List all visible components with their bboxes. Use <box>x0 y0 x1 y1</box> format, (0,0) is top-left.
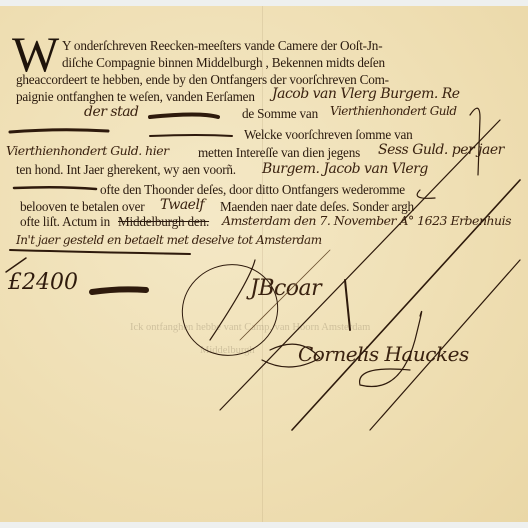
printed-line-10: belooven te betalen over <box>20 199 144 215</box>
printed-line-9: ofte den Thoonder deſes, door ditto Ontf… <box>100 182 405 198</box>
printed-line-12: ofte liſt. Actum in <box>20 214 110 230</box>
printed-line-7: metten Intereſſe van dien jegens <box>198 145 360 161</box>
printed-line-5: de Somme van <box>242 106 318 122</box>
printed-line-6: Welcke voorſchreven ſomme van <box>244 127 413 143</box>
printed-line-2: diſche Compagnie binnen Middelburgh , Be… <box>62 55 385 71</box>
hand-interest: Sess Guld. per jaer <box>378 142 504 158</box>
signature-2: Cornelis Hauckes <box>298 342 469 366</box>
hand-amount: £2400 <box>8 270 78 295</box>
hand-clause: In't jaer gesteld en betaelt met deselve… <box>16 233 322 247</box>
hand-place-date: Amsterdam den 7. November A° 1623 Erbenh… <box>222 213 511 228</box>
hand-payee: Burgem. Jacob van Vlerg <box>262 161 428 177</box>
printed-line-4: paignie ontfanghen te weſen, vanden Eerſ… <box>16 89 255 105</box>
printed-line-1: Y onderſchreven Reecken-meeſters vande C… <box>62 38 382 54</box>
hand-months: Twaelf <box>160 197 204 213</box>
hand-name: Jacob van Vlerg Burgem. Re <box>272 86 460 102</box>
hand-sum-repeat: Vierthienhondert Guld. hier <box>6 143 169 158</box>
signature-1: JBcoar <box>250 276 321 301</box>
bleed-through-text-1: Ick ontfanghen hebbe vant Camp. van Hoor… <box>130 322 370 333</box>
printed-line-8: ten hond. Int Jaer gherekent, wy aen voo… <box>16 162 236 178</box>
hand-sum: Vierthienhondert Guld <box>330 104 457 118</box>
hand-name-cont: der stad <box>84 104 139 120</box>
bleed-through-text-2: Middelburgh <box>200 345 255 356</box>
struck-place: Middelburgh den. <box>118 214 209 230</box>
